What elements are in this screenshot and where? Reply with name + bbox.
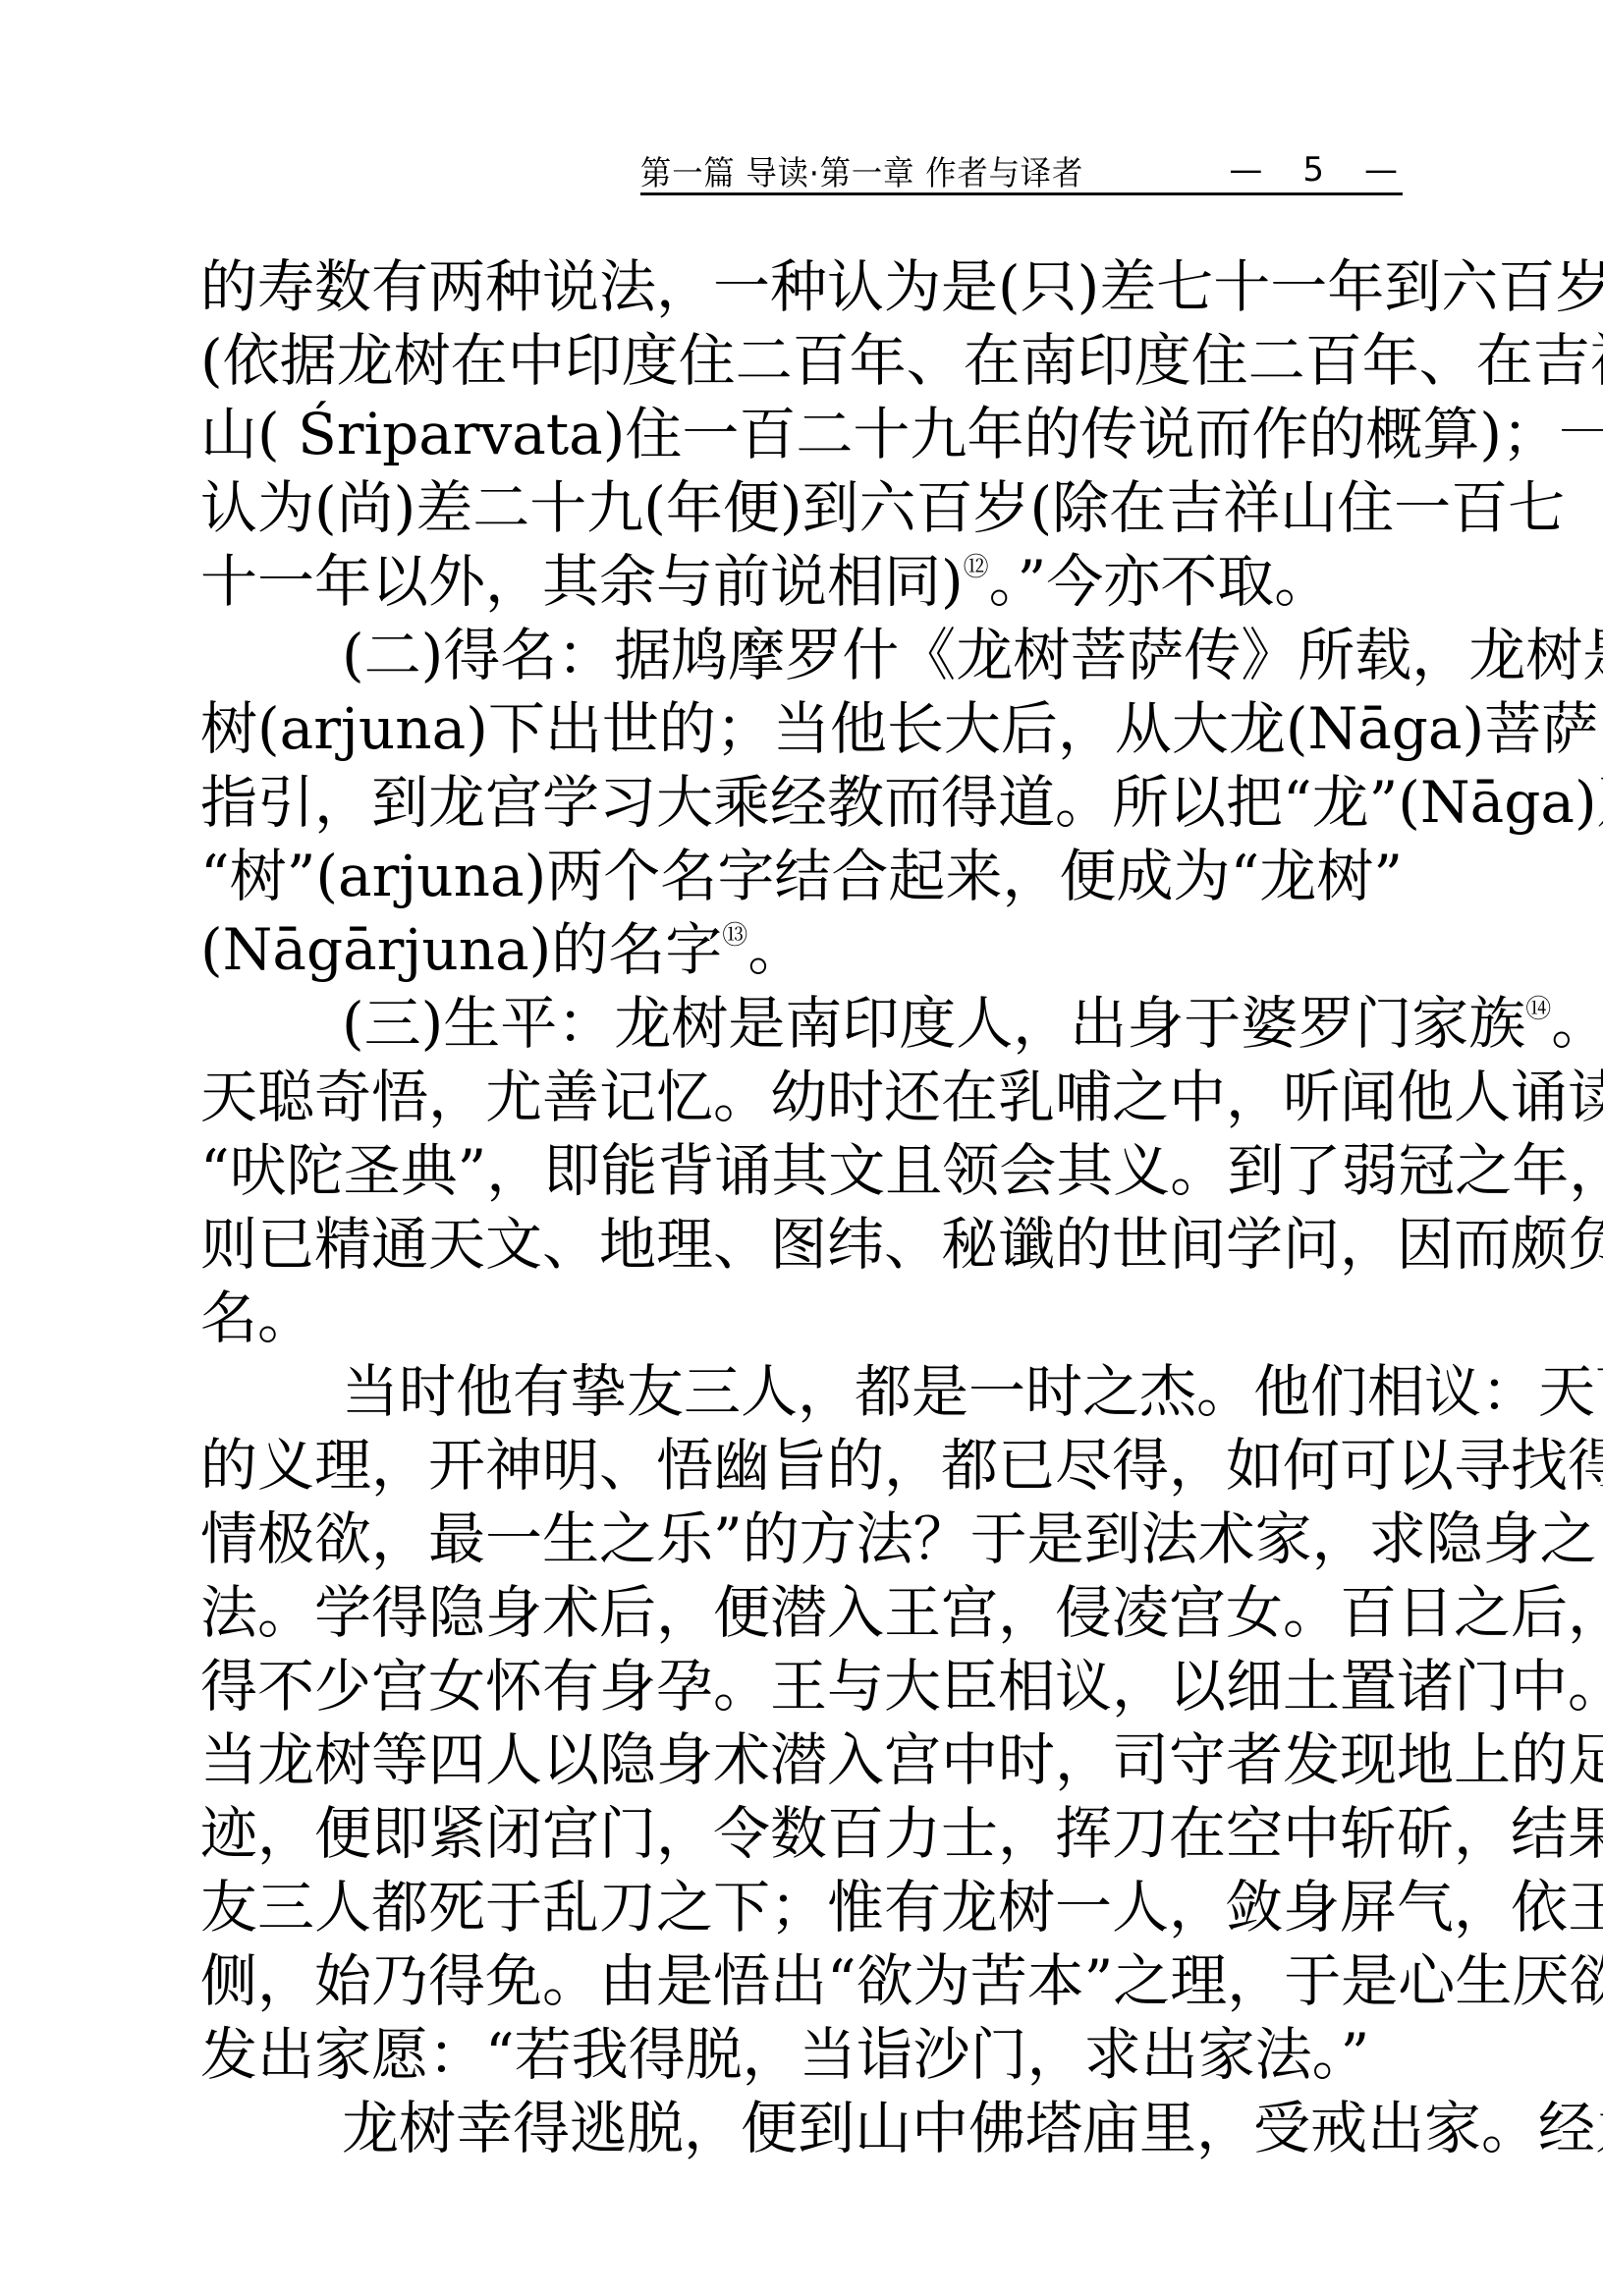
page-number: 5 bbox=[1302, 150, 1325, 190]
text-span: 。 bbox=[1551, 990, 1603, 1057]
text-line: 认为(尚)差二十九(年便)到六百岁(除在吉祥山住一百七 bbox=[200, 471, 1403, 545]
text-span: (Nāgārjuna)的名字 bbox=[200, 916, 722, 983]
text-span: 。 bbox=[747, 916, 804, 983]
header-rule bbox=[640, 192, 1403, 195]
footnote-ref-14: ⑭ bbox=[1525, 995, 1551, 1024]
text-line: 情极欲，最一生之乐”的方法？于是到法术家，求隐身之 bbox=[200, 1503, 1403, 1576]
text-line: 天聪奇悟，尤善记忆。幼时还在乳哺之中，听闻他人诵读 bbox=[200, 1061, 1403, 1134]
dash-left: — bbox=[1229, 150, 1263, 190]
footnote-ref-12: ⑫ bbox=[964, 553, 989, 582]
body-text: 的寿数有两种说法，一种认为是(只)差七十一年到六百岁 (依据龙树在中印度住二百年… bbox=[200, 250, 1403, 2165]
text-line: 指引，到龙宫学习大乘经教而得道。所以把“龙”(Nāga)及 bbox=[200, 766, 1403, 840]
text-line: 龙树幸得逃脱，便到山中佛塔庙里，受戒出家。经九 bbox=[200, 2092, 1403, 2165]
text-line: 得不少宫女怀有身孕。王与大臣相议，以细土置诸门中。 bbox=[200, 1650, 1403, 1723]
footnote-ref-13: ⑬ bbox=[722, 921, 747, 951]
text-line: 当时他有挚友三人，都是一时之杰。他们相议：天下 bbox=[200, 1355, 1403, 1429]
text-line: 法。学得隐身术后，便潜入王宫，侵凌宫女。百日之后，弄 bbox=[200, 1576, 1403, 1650]
text-line: (三)生平：龙树是南印度人，出身于婆罗门家族⑭。 bbox=[200, 987, 1403, 1061]
text-line: “树”(arjuna)两个名字结合起来，便成为“龙树” bbox=[200, 840, 1403, 913]
page-number-group: — 5 — bbox=[1229, 150, 1399, 190]
text-line: 的寿数有两种说法，一种认为是(只)差七十一年到六百岁 bbox=[200, 250, 1403, 324]
text-line: 侧，始乃得免。由是悟出“欲为苦本”之理，于是心生厌欲， bbox=[200, 1944, 1403, 2018]
text-line: (二)得名：据鸠摩罗什《龙树菩萨传》所载，龙树是在 bbox=[200, 619, 1403, 692]
text-line: (Nāgārjuna)的名字⑬。 bbox=[200, 913, 1403, 987]
text-line: 当龙树等四人以隐身术潜入宫中时，司守者发现地上的足 bbox=[200, 1723, 1403, 1797]
text-span: (三)生平：龙树是南印度人，出身于婆罗门家族 bbox=[342, 990, 1525, 1057]
text-line: 则已精通天文、地理、图纬、秘谶的世间学问，因而颇负盛 bbox=[200, 1208, 1403, 1282]
running-header: 第一篇 导读·第一章 作者与译者 — 5 — bbox=[640, 147, 1403, 192]
text-line: 的义理，开神明、悟幽旨的，都已尽得，如何可以寻找得“骋 bbox=[200, 1429, 1403, 1503]
text-line: 山( Śriparvata)住一百二十九年的传说而作的概算)；一种 bbox=[200, 398, 1403, 471]
text-line: 名。 bbox=[200, 1282, 1403, 1355]
text-span: 。”今亦不取。 bbox=[989, 548, 1332, 615]
text-line: 树(arjuna)下出世的；当他长大后，从大龙(Nāga)菩萨的 bbox=[200, 692, 1403, 766]
text-line: 发出家愿：“若我得脱，当诣沙门，求出家法。” bbox=[200, 2018, 1403, 2092]
running-title: 第一篇 导读·第一章 作者与译者 bbox=[640, 146, 1083, 194]
text-line: 迹，便即紧闭宫门，令数百力士，挥刀在空中斩斫，结果挚 bbox=[200, 1797, 1403, 1871]
text-line: “吠陀圣典”，即能背诵其文且领会其义。到了弱冠之年， bbox=[200, 1134, 1403, 1208]
text-line: 友三人都死于乱刀之下；惟有龙树一人，敛身屏气，依王头 bbox=[200, 1871, 1403, 1944]
dash-right: — bbox=[1364, 150, 1399, 190]
text-line: (依据龙树在中印度住二百年、在南印度住二百年、在吉祥 bbox=[200, 324, 1403, 398]
text-span: 十一年以外，其余与前说相同) bbox=[200, 548, 964, 615]
text-line: 十一年以外，其余与前说相同)⑫。”今亦不取。 bbox=[200, 545, 1403, 619]
